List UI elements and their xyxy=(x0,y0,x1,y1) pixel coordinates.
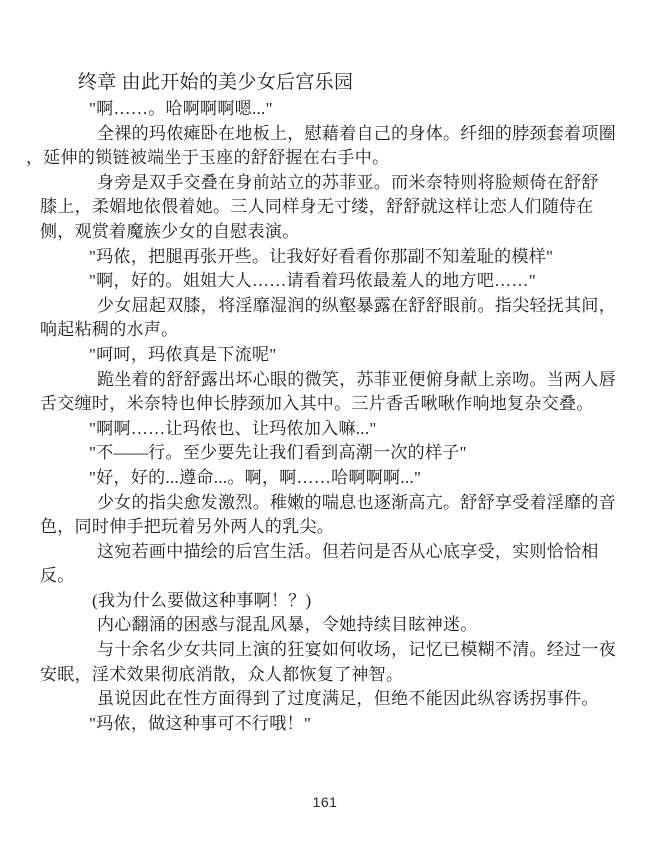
text-line-17: 少女的指尖愈发激烈。稚嫩的喘息也逐渐高亢。舒舒享受着淫靡的音 xyxy=(40,491,630,516)
text-line-11: "呵呵，玛侬真是下流呢" xyxy=(40,343,630,368)
text-line-12: 跪坐着的舒舒露出坏心眼的微笑，苏菲亚便俯身献上亲吻。当两人唇 xyxy=(40,368,630,393)
text-line-5: 膝上，柔媚地依偎着她。三人同样身无寸缕，舒舒就这样让恋人们随侍在 xyxy=(40,195,630,220)
text-line-18: 色，同时伸手把玩着另外两人的乳尖。 xyxy=(40,515,630,540)
document-page: 终章 由此开始的美少女后宫乐园 "啊……。哈啊啊啊嗯..."全裸的玛侬瘫卧在地板… xyxy=(0,0,650,850)
text-line-26: "玛侬，做这种事可不行哦！" xyxy=(40,712,630,737)
text-line-22: 内心翻涌的困惑与混乱风暴，令她持续目眩神迷。 xyxy=(40,613,630,638)
text-line-1: "啊……。哈啊啊啊嗯..." xyxy=(40,97,630,122)
text-line-9: 少女屈起双膝，将淫靡湿润的纵壑暴露在舒舒眼前。指尖轻抚其间， xyxy=(40,294,630,319)
text-line-20: 反。 xyxy=(40,564,630,589)
text-line-23: 与十余名少女共同上演的狂宴如何收场，记忆已模糊不清。经过一夜 xyxy=(40,638,630,663)
text-line-16: "好，好的...遵命...。啊，啊……哈啊啊啊..." xyxy=(40,466,630,491)
page-number: 161 xyxy=(0,794,650,810)
text-line-2: 全裸的玛侬瘫卧在地板上，慰藉着自己的身体。纤细的脖颈套着项圈 xyxy=(40,122,630,147)
text-line-15: "不——行。至少要先让我们看到高潮一次的样子" xyxy=(40,441,630,466)
text-line-25: 虽说因此在性方面得到了过度满足，但绝不能因此纵容诱拐事件。 xyxy=(40,687,630,712)
chapter-title: 终章 由此开始的美少女后宫乐园 xyxy=(40,70,630,95)
text-line-8: "啊，好的。姐姐大人……请看着玛侬最羞人的地方吧……" xyxy=(40,269,630,294)
text-line-21: (我为什么要做这种事啊！？) xyxy=(40,589,630,614)
body-lines: "啊……。哈啊啊啊嗯..."全裸的玛侬瘫卧在地板上，慰藉着自己的身体。纤细的脖颈… xyxy=(40,97,630,736)
text-line-19: 这宛若画中描绘的后宫生活。但若问是否从心底享受，实则恰恰相 xyxy=(40,540,630,565)
text-line-14: "啊啊……让玛侬也、让玛侬加入嘛..." xyxy=(40,417,630,442)
text-line-24: 安眠，淫术效果彻底消散，众人都恢复了神智。 xyxy=(40,663,630,688)
text-line-13: 舌交缠时，米奈特也伸长脖颈加入其中。三片香舌啾啾作响地复杂交叠。 xyxy=(40,392,630,417)
text-line-10: 响起粘稠的水声。 xyxy=(40,318,630,343)
page-text: 终章 由此开始的美少女后宫乐园 "啊……。哈啊啊啊嗯..."全裸的玛侬瘫卧在地板… xyxy=(40,70,630,736)
text-line-4: 身旁是双手交叠在身前站立的苏菲亚。而米奈特则将脸颊倚在舒舒 xyxy=(40,171,630,196)
text-line-3: ，延伸的锁链被端坐于玉座的舒舒握在右手中。 xyxy=(40,146,630,171)
text-line-6: 侧，观赏着魔族少女的自慰表演。 xyxy=(40,220,630,245)
text-line-7: "玛侬，把腿再张开些。让我好好看看你那副不知羞耻的模样" xyxy=(40,245,630,270)
